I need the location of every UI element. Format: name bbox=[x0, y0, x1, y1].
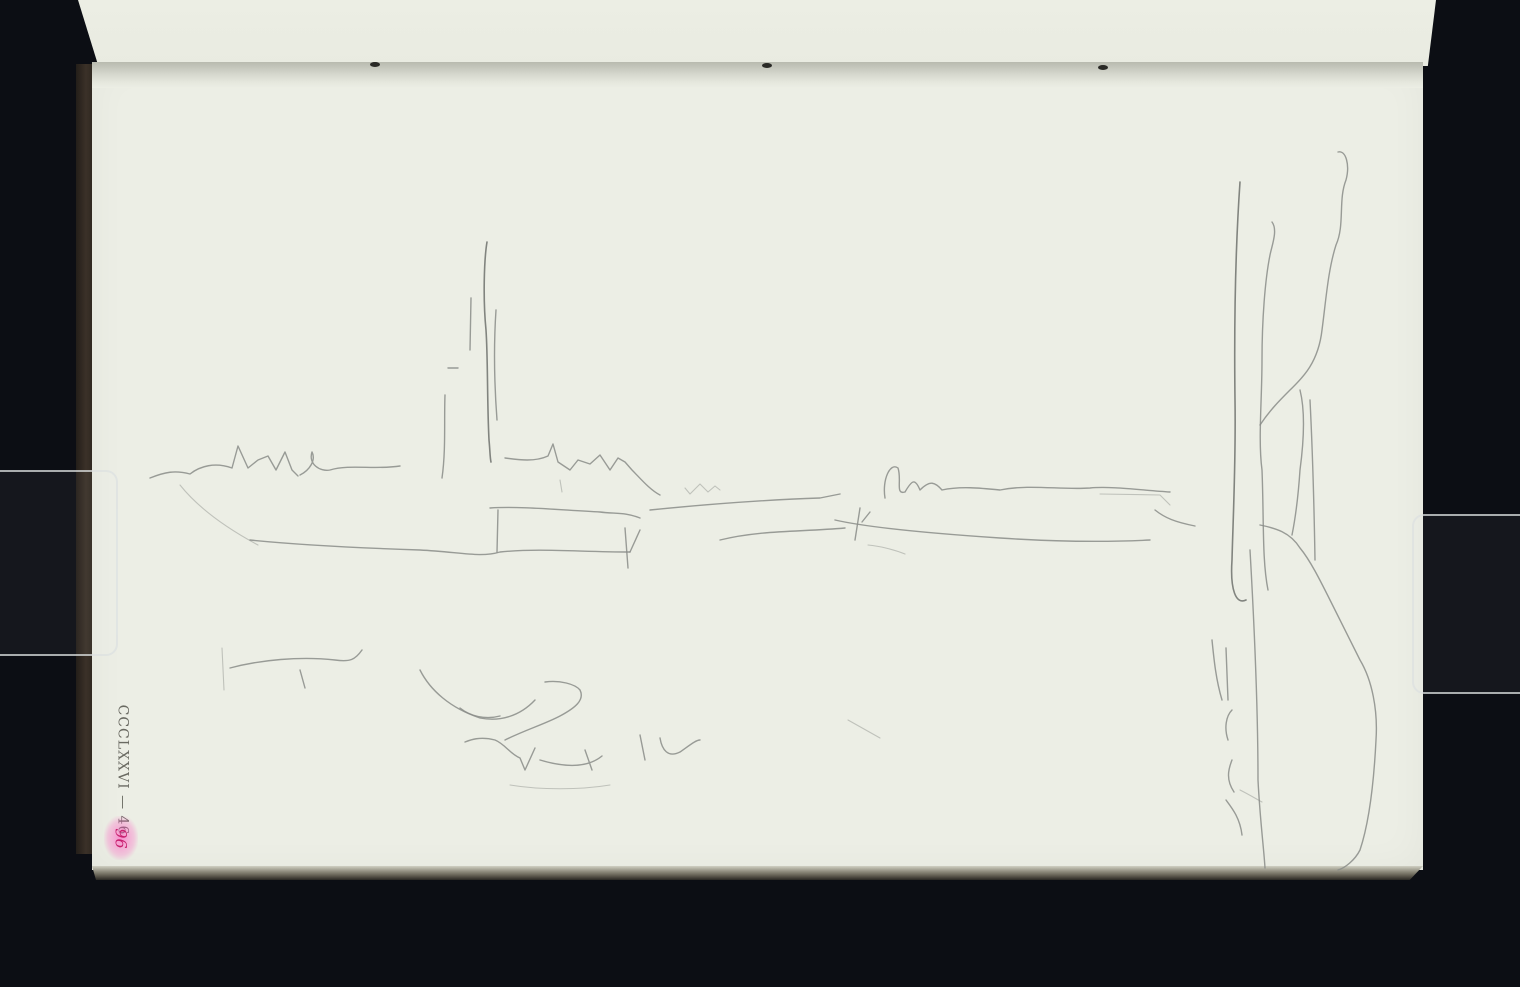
scan-stage: CCCLXXVI — 46 96 bbox=[0, 0, 1520, 987]
sketchbook-page bbox=[92, 62, 1423, 870]
binder-clip-right bbox=[1412, 514, 1520, 694]
folio-number-text: 96 bbox=[111, 828, 130, 848]
binder-clip-left bbox=[0, 470, 118, 656]
binding-hole bbox=[1098, 65, 1108, 70]
folio-annotation: 96 bbox=[104, 816, 138, 860]
page-stack-edge bbox=[92, 866, 1423, 880]
gutter-fold bbox=[92, 62, 1423, 88]
upper-facing-page bbox=[78, 0, 1436, 66]
binding-hole bbox=[762, 63, 772, 68]
binding-hole bbox=[370, 62, 380, 67]
